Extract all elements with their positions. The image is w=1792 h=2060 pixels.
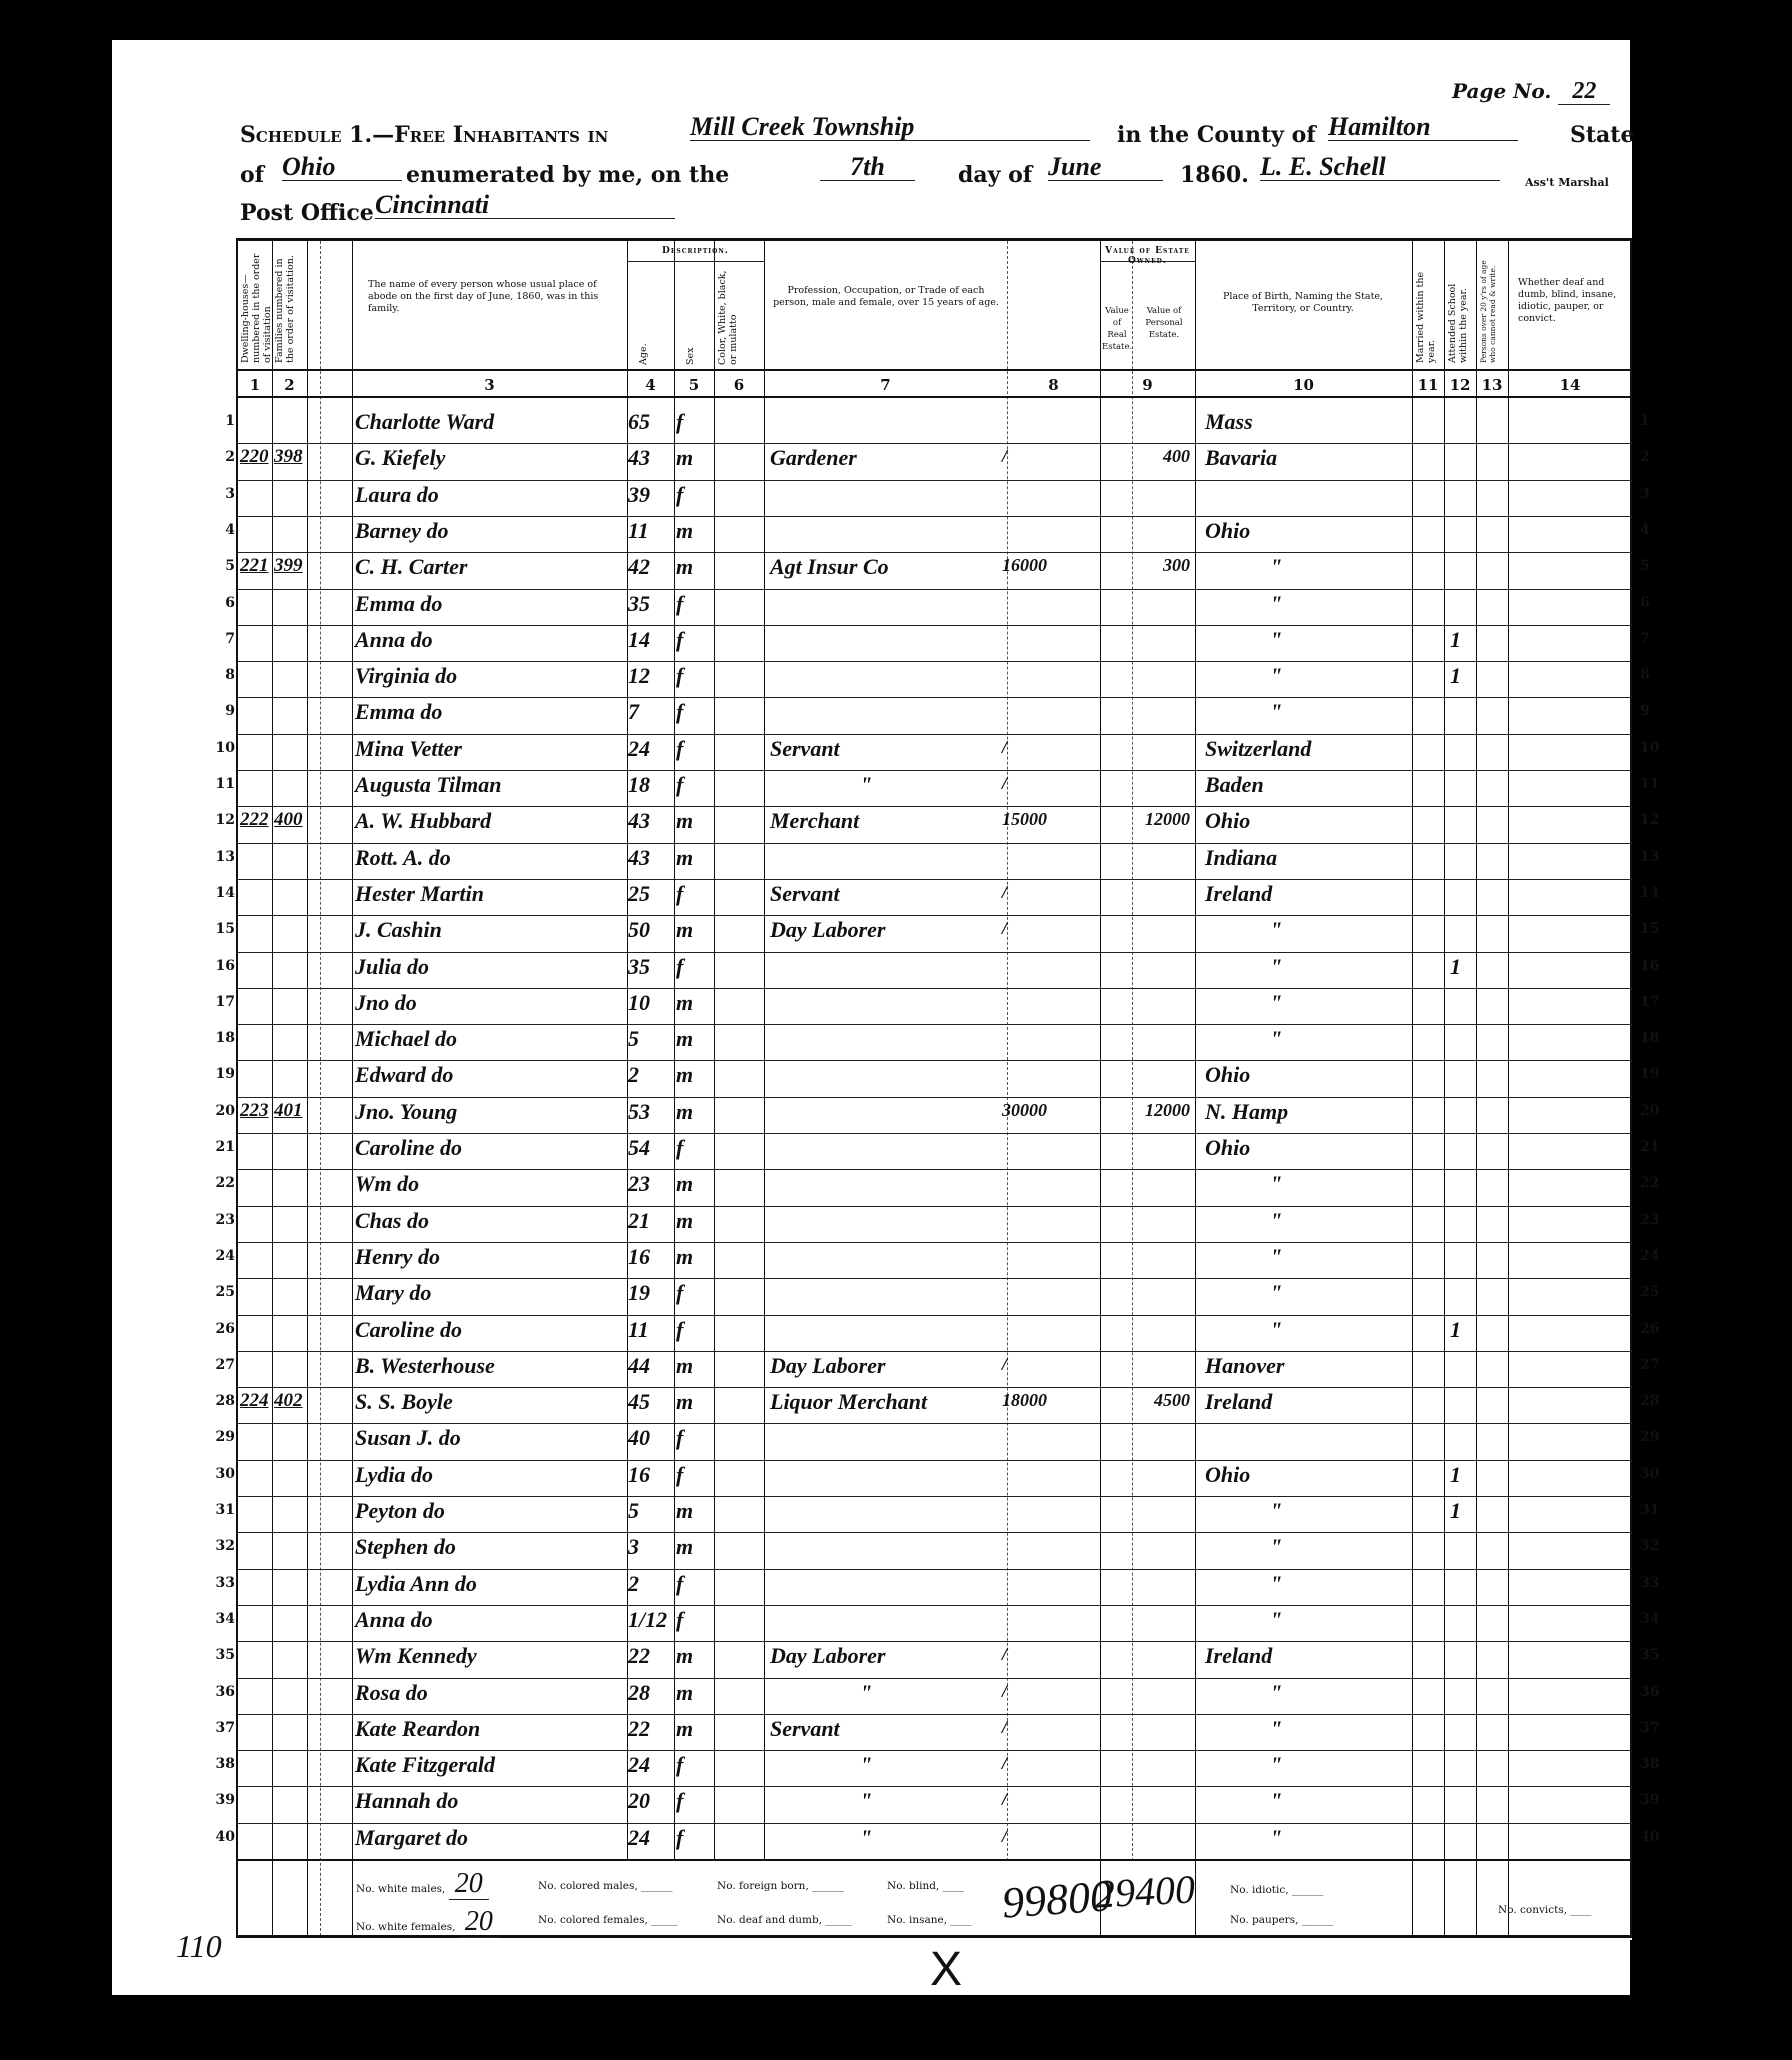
row-number-left: 37 [205, 1720, 235, 1736]
real-estate-value: / [1002, 1827, 1092, 1845]
person-name: J. Cashin [355, 919, 625, 941]
county-label: in the County of [1117, 122, 1316, 148]
person-age: 5 [628, 1500, 672, 1522]
row-rule [238, 952, 1632, 953]
row-number-left: 16 [205, 958, 235, 974]
row-number-right: 1 [1640, 413, 1670, 429]
row-number-right: 19 [1640, 1066, 1670, 1082]
person-name: Wm Kennedy [355, 1645, 625, 1667]
row-number-left: 27 [205, 1357, 235, 1373]
totals-deaf-dumb: No. deaf and dumb, _____ [717, 1914, 852, 1926]
row-number-right: 36 [1640, 1684, 1670, 1700]
col8-header: Value of Real Estate. [1102, 305, 1132, 353]
col-divider [352, 241, 353, 1936]
person-sex: m [676, 1718, 712, 1740]
real-estate-value: 30000 [1002, 1101, 1092, 1119]
row-number-left: 36 [205, 1684, 235, 1700]
row-number-left: 39 [205, 1792, 235, 1808]
post-office-label: Post Office [240, 200, 374, 226]
dwelling-number: 221 [240, 556, 274, 575]
row-number-right: 8 [1640, 667, 1670, 683]
row-number-right: 35 [1640, 1647, 1670, 1663]
birthplace: " [1270, 1536, 1470, 1558]
row-number-left: 28 [205, 1393, 235, 1409]
col-divider [272, 241, 273, 1936]
row-rule [238, 1387, 1632, 1388]
col-divider [307, 241, 308, 1936]
person-age: 35 [628, 593, 672, 615]
col-number: 6 [714, 376, 764, 394]
person-name: S. S. Boyle [355, 1391, 625, 1413]
person-age: 22 [628, 1645, 672, 1667]
person-name: Hannah do [355, 1790, 625, 1812]
real-estate-value: / [1002, 1718, 1092, 1736]
row-rule [238, 1423, 1632, 1424]
birthplace: " [1270, 1609, 1470, 1631]
person-age: 24 [628, 738, 672, 760]
person-name: Emma do [355, 593, 625, 615]
birthplace: " [1270, 956, 1470, 978]
margin-note: 110 [176, 1928, 222, 1965]
of-label: of [240, 162, 264, 188]
person-sex: f [676, 883, 712, 905]
person-age: 24 [628, 1754, 672, 1776]
row-number-left: 25 [205, 1284, 235, 1300]
person-name: G. Kiefely [355, 447, 625, 469]
person-name: Julia do [355, 956, 625, 978]
person-age: 35 [628, 956, 672, 978]
row-number-right: 20 [1640, 1103, 1670, 1119]
row-rule [238, 1532, 1632, 1533]
page-number-value: 22 [1558, 78, 1610, 105]
birthplace: " [1270, 1028, 1470, 1050]
person-name: Hester Martin [355, 883, 625, 905]
row-number-right: 17 [1640, 994, 1670, 1010]
person-sex: f [676, 1609, 712, 1631]
row-rule [238, 1786, 1632, 1787]
person-sex: f [676, 701, 712, 723]
row-number-left: 29 [205, 1429, 235, 1445]
township-field: Mill Creek Township [690, 114, 1090, 141]
person-occupation: Gardener [770, 447, 1000, 469]
row-number-left: 9 [205, 703, 235, 719]
row-rule [238, 843, 1632, 844]
personal-estate-value: 12000 [1098, 1101, 1190, 1119]
person-occupation: Day Laborer [770, 1645, 1000, 1667]
person-sex: f [676, 1282, 712, 1304]
person-age: 16 [628, 1464, 672, 1486]
col6-header: Color, White, black, or mulatto [717, 265, 761, 365]
row-number-left: 14 [205, 885, 235, 901]
person-sex: m [676, 810, 712, 832]
col13-header: Persons over 20 y'rs of age who cannot r… [1479, 251, 1507, 363]
person-sex: f [676, 1754, 712, 1776]
col5-header: Sex [685, 325, 696, 365]
row-rule [238, 1206, 1632, 1207]
person-age: 7 [628, 701, 672, 723]
header-rule [238, 369, 1632, 371]
person-age: 54 [628, 1137, 672, 1159]
person-sex: f [676, 738, 712, 760]
row-number-left: 33 [205, 1575, 235, 1591]
person-name: Charlotte Ward [355, 411, 625, 433]
convicts-label: No. convicts, [1498, 1904, 1567, 1916]
col-number: 5 [674, 376, 714, 394]
row-rule [238, 915, 1632, 916]
row-rule [238, 552, 1632, 553]
blind-label: No. blind, [887, 1880, 939, 1892]
row-rule [238, 480, 1632, 481]
birthplace: Ohio [1205, 1137, 1405, 1159]
personal-estate-value: 300 [1098, 556, 1190, 574]
person-occupation: Liquor Merchant [770, 1391, 1000, 1413]
person-sex: m [676, 556, 712, 578]
row-number-left: 24 [205, 1248, 235, 1264]
real-estate-value: 18000 [1002, 1391, 1092, 1409]
row-rule [238, 697, 1632, 698]
person-name: Susan J. do [355, 1427, 625, 1449]
person-age: 25 [628, 883, 672, 905]
marshal-field: L. E. Schell [1260, 154, 1500, 181]
day-field: 7th [820, 154, 915, 181]
real-estate-value: / [1002, 919, 1092, 937]
row-number-left: 23 [205, 1212, 235, 1228]
col-number: 7 [764, 376, 1007, 394]
row-number-right: 11 [1640, 776, 1670, 792]
person-name: Margaret do [355, 1827, 625, 1849]
person-age: 2 [628, 1573, 672, 1595]
dwelling-number: 220 [240, 447, 274, 466]
row-rule [238, 1750, 1632, 1751]
row-number-left: 13 [205, 849, 235, 865]
totals-white-males: No. white males, 20 [356, 1868, 489, 1900]
row-rule [238, 988, 1632, 989]
col-number: 11 [1412, 376, 1444, 394]
person-occupation: Merchant [770, 810, 1000, 832]
month-field: June [1048, 154, 1163, 181]
birthplace: " [1270, 629, 1470, 651]
person-age: 43 [628, 447, 672, 469]
row-number-left: 15 [205, 921, 235, 937]
person-sex: m [676, 847, 712, 869]
paupers-label: No. paupers, [1230, 1914, 1298, 1926]
person-name: Lydia Ann do [355, 1573, 625, 1595]
row-number-right: 4 [1640, 522, 1670, 538]
row-number-left: 40 [205, 1829, 235, 1845]
birthplace: " [1270, 1246, 1470, 1268]
birthplace: " [1270, 1718, 1470, 1740]
col-divider [1195, 241, 1196, 1936]
person-name: Wm do [355, 1173, 625, 1195]
col-divider [764, 241, 765, 1861]
white-females-value: 20 [459, 1906, 499, 1938]
estate-group-header: Value of Estate Owned. [1100, 246, 1195, 266]
person-occupation: Day Laborer [770, 1355, 1000, 1377]
county-field: Hamilton [1328, 114, 1518, 141]
totals-paupers: No. paupers, ______ [1230, 1914, 1333, 1926]
person-age: 5 [628, 1028, 672, 1050]
birthplace: " [1270, 1827, 1470, 1849]
row-rule [238, 1278, 1632, 1279]
row-number-left: 6 [205, 595, 235, 611]
enumerated-label: enumerated by me, on the [406, 162, 729, 188]
row-number-right: 16 [1640, 958, 1670, 974]
col11-header: Married within the year. [1415, 251, 1443, 363]
birthplace: Ohio [1205, 1064, 1405, 1086]
row-rule [238, 1460, 1632, 1461]
person-name: B. Westerhouse [355, 1355, 625, 1377]
person-name: Barney do [355, 520, 625, 542]
person-sex: f [676, 1790, 712, 1812]
person-name: Caroline do [355, 1137, 625, 1159]
row-number-left: 17 [205, 994, 235, 1010]
person-age: 44 [628, 1355, 672, 1377]
row-rule [238, 1060, 1632, 1061]
col-number: 3 [352, 376, 627, 394]
person-age: 45 [628, 1391, 672, 1413]
year-label: 1860. [1180, 162, 1249, 188]
idiotic-label: No. idiotic, [1230, 1884, 1289, 1896]
school-mark: 1 [1450, 1464, 1478, 1486]
white-females-label: No. white females, [356, 1921, 456, 1933]
person-sex: m [676, 1101, 712, 1123]
asst-marshal-label: Ass't Marshal [1525, 176, 1609, 189]
col-number: 4 [627, 376, 674, 394]
row-rule [238, 589, 1632, 590]
col-number: 13 [1476, 376, 1508, 394]
real-estate-value: / [1002, 1682, 1092, 1700]
real-estate-value: 15000 [1002, 810, 1092, 828]
insane-label: No. insane, [887, 1914, 947, 1926]
person-occupation: Servant [770, 883, 1000, 905]
person-name: Rosa do [355, 1682, 625, 1704]
row-number-left: 18 [205, 1030, 235, 1046]
row-number-left: 11 [205, 776, 235, 792]
row-number-right: 3 [1640, 486, 1670, 502]
person-age: 18 [628, 774, 672, 796]
person-name: Rott. A. do [355, 847, 625, 869]
person-name: Henry do [355, 1246, 625, 1268]
row-rule [238, 879, 1632, 880]
person-age: 3 [628, 1536, 672, 1558]
person-sex: f [676, 1427, 712, 1449]
real-estate-value: / [1002, 883, 1092, 901]
birthplace: " [1270, 1319, 1470, 1341]
person-age: 53 [628, 1101, 672, 1123]
col7-header: Profession, Occupation, or Trade of each… [772, 285, 1000, 309]
person-name: Augusta Tilman [355, 774, 625, 796]
real-estate-value: / [1002, 447, 1092, 465]
person-sex: f [676, 1464, 712, 1486]
white-males-label: No. white males, [356, 1883, 445, 1895]
row-number-right: 37 [1640, 1720, 1670, 1736]
deaf-dumb-label: No. deaf and dumb, [717, 1914, 822, 1926]
person-sex: m [676, 1246, 712, 1268]
person-name: Caroline do [355, 1319, 625, 1341]
totals-blind: No. blind, ____ [887, 1880, 964, 1892]
birthplace: " [1270, 1790, 1470, 1812]
school-mark: 1 [1450, 956, 1478, 978]
row-number-left: 10 [205, 740, 235, 756]
col-divider [1508, 241, 1509, 1936]
col4-header: Age. [638, 325, 649, 365]
row-number-left: 26 [205, 1321, 235, 1337]
person-name: Emma do [355, 701, 625, 723]
birthplace: Switzerland [1205, 738, 1405, 760]
person-name: A. W. Hubbard [355, 810, 625, 832]
row-number-right: 2 [1640, 449, 1670, 465]
birthplace: " [1270, 1500, 1470, 1522]
birthplace: N. Hamp [1205, 1101, 1405, 1123]
birthplace: " [1270, 556, 1470, 578]
birthplace: " [1270, 593, 1470, 615]
birthplace: " [1270, 1210, 1470, 1232]
person-age: 11 [628, 1319, 672, 1341]
row-rule [238, 1242, 1632, 1243]
birthplace: Ohio [1205, 1464, 1405, 1486]
row-rule [238, 1569, 1632, 1570]
person-sex: f [676, 411, 712, 433]
row-number-right: 5 [1640, 558, 1670, 574]
row-number-right: 22 [1640, 1175, 1670, 1191]
row-number-right: 18 [1640, 1030, 1670, 1046]
family-number: 398 [274, 447, 314, 466]
foreign-born-label: No. foreign born, [717, 1880, 809, 1892]
person-sex: f [676, 774, 712, 796]
person-name: Kate Reardon [355, 1718, 625, 1740]
row-number-right: 28 [1640, 1393, 1670, 1409]
birthplace: Hanover [1205, 1355, 1405, 1377]
col-number: 12 [1444, 376, 1476, 394]
person-sex: m [676, 1536, 712, 1558]
row-rule [238, 516, 1632, 517]
page-number-label: Page No. 22 [1452, 78, 1610, 105]
person-name: Edward do [355, 1064, 625, 1086]
person-sex: m [676, 1391, 712, 1413]
row-rule [238, 443, 1632, 444]
real-estate-value: / [1002, 1355, 1092, 1373]
row-number-right: 7 [1640, 631, 1670, 647]
row-number-left: 21 [205, 1139, 235, 1155]
post-office-field: Cincinnati [375, 192, 675, 219]
person-age: 20 [628, 1790, 672, 1812]
row-number-left: 4 [205, 522, 235, 538]
row-number-right: 31 [1640, 1502, 1670, 1518]
birthplace: Ireland [1205, 883, 1405, 905]
totals-rule [238, 1859, 1632, 1861]
dwelling-number: 222 [240, 810, 274, 829]
row-number-left: 34 [205, 1611, 235, 1627]
person-age: 11 [628, 520, 672, 542]
row-number-right: 24 [1640, 1248, 1670, 1264]
real-estate-value: / [1002, 1645, 1092, 1663]
person-sex: m [676, 1173, 712, 1195]
person-sex: f [676, 593, 712, 615]
person-sex: f [676, 1137, 712, 1159]
birthplace: " [1270, 665, 1470, 687]
person-age: 22 [628, 1718, 672, 1740]
header-rule [238, 396, 1632, 398]
row-rule [238, 1315, 1632, 1316]
col3-header: The name of every person whose usual pla… [368, 279, 608, 315]
row-rule [238, 1351, 1632, 1352]
row-rule [238, 770, 1632, 771]
col-divider [674, 241, 675, 1861]
person-occupation: Servant [770, 738, 1000, 760]
person-age: 28 [628, 1682, 672, 1704]
row-number-left: 31 [205, 1502, 235, 1518]
person-age: 14 [628, 629, 672, 651]
birthplace: Ohio [1205, 810, 1405, 832]
person-sex: m [676, 1682, 712, 1704]
row-number-right: 26 [1640, 1321, 1670, 1337]
row-number-left: 8 [205, 667, 235, 683]
birthplace: Ireland [1205, 1391, 1405, 1413]
person-name: Mina Vetter [355, 738, 625, 760]
person-name: C. H. Carter [355, 556, 625, 578]
birthplace: " [1270, 1573, 1470, 1595]
person-sex: m [676, 992, 712, 1014]
person-name: Michael do [355, 1028, 625, 1050]
person-name: Jno do [355, 992, 625, 1014]
birthplace: Baden [1205, 774, 1405, 796]
person-sex: m [676, 1210, 712, 1232]
row-rule [238, 1678, 1632, 1679]
totals-foreign-born: No. foreign born, ______ [717, 1880, 844, 1892]
row-number-right: 29 [1640, 1429, 1670, 1445]
row-rule [238, 806, 1632, 807]
birthplace: Ohio [1205, 520, 1405, 542]
col12-header: Attended School within the year. [1447, 251, 1475, 363]
row-rule [238, 1097, 1632, 1098]
totals-colored-males: No. colored males, ______ [538, 1880, 673, 1892]
row-number-right: 27 [1640, 1357, 1670, 1373]
description-group-header: Description. [627, 246, 764, 256]
row-number-right: 9 [1640, 703, 1670, 719]
totals-idiotic: No. idiotic, ______ [1230, 1884, 1323, 1896]
col9-header: Value of Personal Estate. [1135, 305, 1193, 341]
family-number: 400 [274, 810, 314, 829]
family-number: 399 [274, 556, 314, 575]
row-number-right: 38 [1640, 1756, 1670, 1772]
person-sex: m [676, 1500, 712, 1522]
row-number-right: 6 [1640, 595, 1670, 611]
person-sex: m [676, 1355, 712, 1377]
person-name: Jno. Young [355, 1101, 625, 1123]
row-number-right: 32 [1640, 1538, 1670, 1554]
row-rule [238, 625, 1632, 626]
personal-estate-value: 400 [1098, 447, 1190, 465]
totals-white-females: No. white females, 20 [356, 1906, 499, 1938]
col14-header: Whether deaf and dumb, blind, insane, id… [1518, 277, 1624, 325]
row-number-left: 35 [205, 1647, 235, 1663]
totals-insane: No. insane, ____ [887, 1914, 971, 1926]
schedule-title: Schedule 1.—Free Inhabitants in [240, 122, 608, 148]
person-name: Mary do [355, 1282, 625, 1304]
person-age: 40 [628, 1427, 672, 1449]
person-name: Anna do [355, 629, 625, 651]
row-rule [238, 1024, 1632, 1025]
person-occupation: Agt Insur Co [770, 556, 1000, 578]
col1-header: Dwelling-houses—numbered in the order of… [240, 251, 270, 363]
row-rule [238, 1169, 1632, 1170]
row-number-right: 33 [1640, 1575, 1670, 1591]
person-age: 42 [628, 556, 672, 578]
row-number-right: 13 [1640, 849, 1670, 865]
person-age: 39 [628, 484, 672, 506]
white-males-value: 20 [449, 1868, 489, 1900]
person-name: Laura do [355, 484, 625, 506]
